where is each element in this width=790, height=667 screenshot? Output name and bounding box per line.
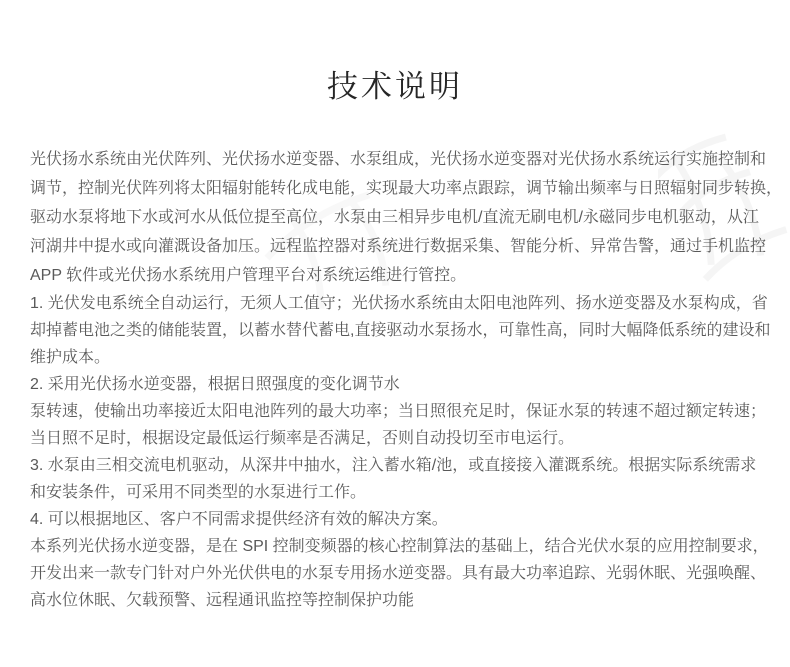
text-line: 开发出来一款专门针对户外光伏供电的水泵专用扬水逆变器。具有最大功率追踪、光弱休眠… — [30, 560, 776, 587]
text-line: 3. 水泵由三相交流电机驱动，从深井中抽水，注入蓄水箱/池，或直接接入灌溉系统。… — [30, 452, 776, 479]
text-line: 泵转速，使输出功率接近太阳电池阵列的最大功率；当日照很充足时，保证水泵的转速不超… — [30, 398, 776, 425]
text-line: 1. 光伏发电系统全自动运行，无须人工值守；光伏扬水系统由太阳电池阵列、扬水逆变… — [30, 290, 776, 317]
text-line: 高水位休眠、欠载预警、远程通讯监控等控制保护功能 — [30, 587, 776, 614]
text-line: 当日照不足时，根据设定最低运行频率是否满足，否则自动投切至市电运行。 — [30, 425, 776, 452]
text-line: APP 软件或光伏扬水系统用户管理平台对系统运维进行管控。 — [30, 261, 776, 290]
document-body: 光伏扬水系统由光伏阵列、光伏扬水逆变器、水泵组成，光伏扬水逆变器对光伏扬水系统运… — [30, 145, 776, 614]
intro-paragraph: 光伏扬水系统由光伏阵列、光伏扬水逆变器、水泵组成，光伏扬水逆变器对光伏扬水系统运… — [30, 145, 776, 290]
text-line: 维护成本。 — [30, 344, 776, 371]
text-line: 驱动水泵将地下水或河水从低位提至高位，水泵由三相异步电机/直流无刷电机/永磁同步… — [30, 203, 776, 232]
text-line: 4. 可以根据地区、客户不同需求提供经济有效的解决方案。 — [30, 506, 776, 533]
text-line: 光伏扬水系统由光伏阵列、光伏扬水逆变器、水泵组成，光伏扬水逆变器对光伏扬水系统运… — [30, 145, 776, 174]
list-item-4: 4. 可以根据地区、客户不同需求提供经济有效的解决方案。 — [30, 506, 776, 533]
closing-paragraph: 本系列光伏扬水逆变器，是在 SPI 控制变频器的核心控制算法的基础上，结合光伏水… — [30, 533, 776, 614]
list-item-1: 1. 光伏发电系统全自动运行，无须人工值守；光伏扬水系统由太阳电池阵列、扬水逆变… — [30, 290, 776, 371]
text-line: 和安装条件，可采用不同类型的水泵进行工作。 — [30, 479, 776, 506]
document-page: 技术说明 光伏扬水系统由光伏阵列、光伏扬水逆变器、水泵组成，光伏扬水逆变器对光伏… — [0, 0, 790, 667]
page-title: 技术说明 — [0, 61, 790, 106]
text-line: 2. 采用光伏扬水逆变器，根据日照强度的变化调节水 — [30, 371, 776, 398]
list-item-2: 2. 采用光伏扬水逆变器，根据日照强度的变化调节水 泵转速，使输出功率接近太阳电… — [30, 371, 776, 452]
text-line: 河湖井中提水或向灌溉设备加压。远程监控器对系统进行数据采集、智能分析、异常告警，… — [30, 232, 776, 261]
text-line: 本系列光伏扬水逆变器，是在 SPI 控制变频器的核心控制算法的基础上，结合光伏水… — [30, 533, 776, 560]
list-item-3: 3. 水泵由三相交流电机驱动，从深井中抽水，注入蓄水箱/池，或直接接入灌溉系统。… — [30, 452, 776, 506]
text-line: 却掉蓄电池之类的储能装置，以蓄水替代蓄电,直接驱动水泵扬水，可靠性高，同时大幅降… — [30, 317, 776, 344]
text-line: 调节，控制光伏阵列将太阳辐射能转化成电能，实现最大功率点跟踪，调节输出频率与日照… — [30, 174, 776, 203]
